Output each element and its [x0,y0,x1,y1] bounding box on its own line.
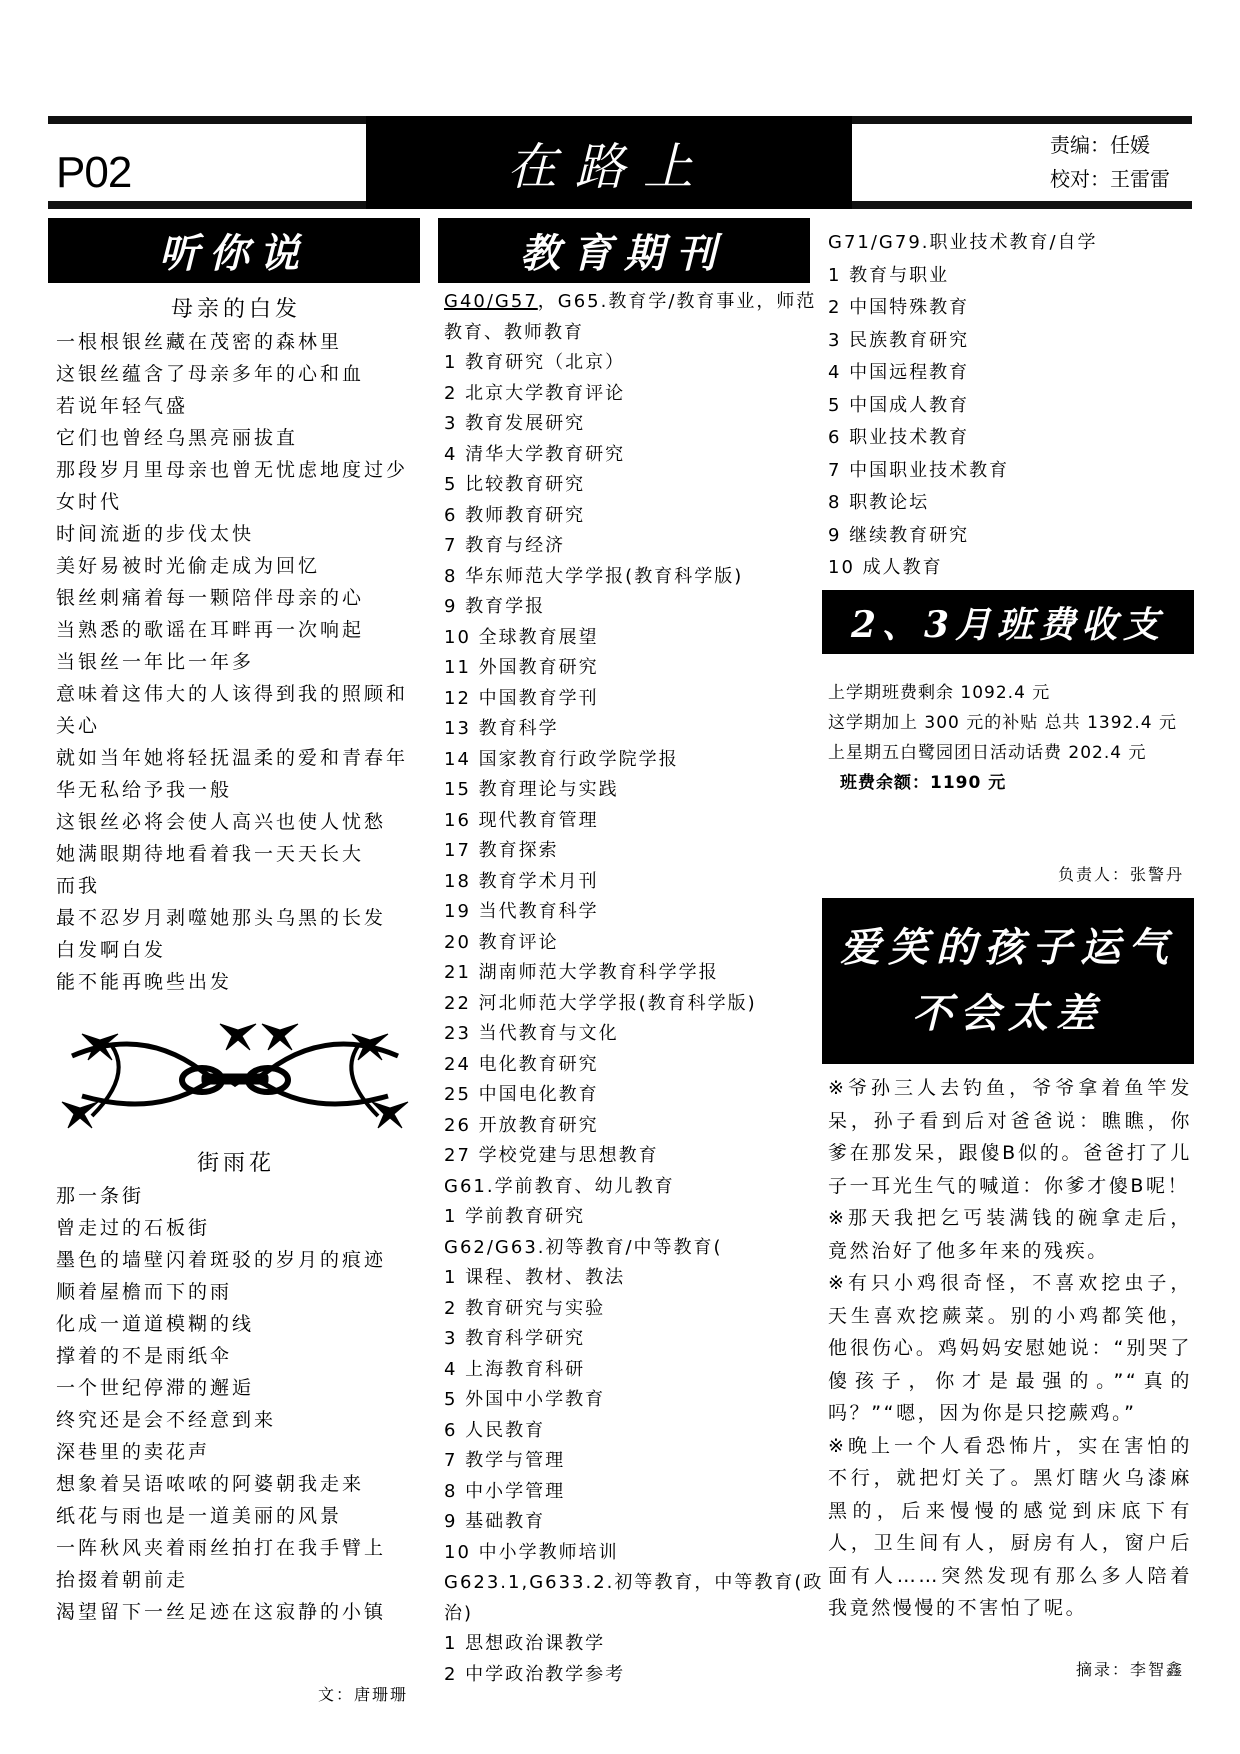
poem-line: 一个世纪停滞的邂逅 [56,1372,416,1404]
list-item: 10 成人教育 [828,552,1188,585]
list-item: 5 外国中小学教育 [444,1385,794,1416]
poem-line: 就如当年她将轻抚温柔的爱和青春年 [56,742,416,774]
joke-paragraph: ※有只小鸡很奇怪，不喜欢挖虫子，天生喜欢挖蕨菜。别的小鸡都笑他，他很伤心。鸡妈妈… [828,1267,1192,1430]
list-item: 19 当代教育科学 [444,897,794,928]
poem-line: 关心 [56,710,416,742]
list-item: 7 教学与管理 [444,1446,794,1477]
list-item: 11 外国教育研究 [444,653,794,684]
list-item: 12 中国教育学刊 [444,684,794,715]
list-item: 9 基础教育 [444,1507,794,1538]
jokes-credit: 摘录：李智鑫 [1076,1657,1184,1680]
poem-title: 母亲的白发 [56,294,416,326]
list-item: 4 中国远程教育 [828,357,1188,390]
list-item: 9 继续教育研究 [828,520,1188,553]
section-banner-jokes: 爱笑的孩子运气 不会太差 [822,898,1194,1064]
list-item: G61.学前教育、幼儿教育 [444,1172,794,1203]
poem-line: 华无私给予我一般 [56,774,416,806]
poem-line: 最不忍岁月剥噬她那头乌黑的长发 [56,902,416,934]
poem-line: 她满眼期待地看着我一天天长大 [56,838,416,870]
masthead-credits: 责编：任媛 校对：王雷雷 [1050,128,1170,196]
list-item: 14 国家教育行政学院学报 [444,745,794,776]
jokes-body: ※爷孙三人去钓鱼，爷爷拿着鱼竿发呆，孙子看到后对爸爸说：瞧瞧，你爹在那发呆，跟傻… [828,1072,1192,1625]
list-item: 3 教育科学研究 [444,1324,794,1355]
list-item: G623.1,G633.2.初等教育，中等教育(政 [444,1568,794,1599]
list-item: 23 当代教育与文化 [444,1019,794,1050]
poem-line: 曾走过的石板街 [56,1212,416,1244]
list-item: 3 教育发展研究 [444,409,794,440]
fee-line: 上星期五白鹭园团日活动话费 202.4 元 [828,738,1192,768]
list-item: 26 开放教育研究 [444,1111,794,1142]
list-item: 2 教育研究与实验 [444,1294,794,1325]
list-item: 7 教育与经济 [444,531,794,562]
list-item: 10 中小学教师培训 [444,1538,794,1569]
joke-paragraph: ※爷孙三人去钓鱼，爷爷拿着鱼竿发呆，孙子看到后对爸爸说：瞧瞧，你爹在那发呆，跟傻… [828,1072,1192,1202]
poem-line: 能不能再晚些出发 [56,966,416,998]
class-fees-report: 上学期班费剩余 1092.4 元 这学期加上 300 元的补贴 总共 1392.… [828,678,1192,798]
list-item: 6 职业技术教育 [828,422,1188,455]
newspaper-title: 在路上 [366,116,852,209]
poem-line: 它们也曾经乌黑亮丽拔直 [56,422,416,454]
vocational-journal-list: G71/G79.职业技术教育/自学1 教育与职业2 中国特殊教育3 民族教育研究… [828,227,1188,585]
list-item: 4 清华大学教育研究 [444,440,794,471]
poem-line: 女时代 [56,486,416,518]
list-item: 6 教师教育研究 [444,501,794,532]
list-item: G40/G57，G65.教育学/教育事业，师范 [444,287,794,318]
poem-line: 想象着吴语哝哝的阿婆朝我走来 [56,1468,416,1500]
list-item: 22 河北师范大学学报(教育科学版) [444,989,794,1020]
list-item: 1 教育研究（北京） [444,348,794,379]
poem-line: 纸花与雨也是一道美丽的风景 [56,1500,416,1532]
list-item: 4 上海教育科研 [444,1355,794,1386]
poem-line: 这银丝必将会使人高兴也使人忧愁 [56,806,416,838]
poem-line: 意味着这伟大的人该得到我的照顾和 [56,678,416,710]
poem-line: 一根根银丝藏在茂密的森林里 [56,326,416,358]
editor-credit: 责编：任媛 [1050,128,1170,162]
list-item: 1 教育与职业 [828,260,1188,293]
poem-line: 抬掇着朝前走 [56,1564,416,1596]
proofreader-credit: 校对：王雷雷 [1050,162,1170,196]
poem-mothers-white-hair: 母亲的白发 一根根银丝藏在茂密的森林里这银丝蕴含了母亲多年的心和血若说年轻气盛它… [56,294,416,998]
poem-line: 当银丝一年比一年多 [56,646,416,678]
floral-ornament-icon [52,1016,418,1134]
poem-line: 白发啊白发 [56,934,416,966]
poem-line: 顺着屋檐而下的雨 [56,1276,416,1308]
page-number: P02 [56,148,131,198]
list-item: G62/G63.初等教育/中等教育( [444,1233,794,1264]
fees-owner-credit: 负责人：张警丹 [1058,862,1184,885]
poem-title: 街雨花 [56,1148,416,1180]
poem-line: 一阵秋风夹着雨丝拍打在我手臂上 [56,1532,416,1564]
list-item: 7 中国职业技术教育 [828,455,1188,488]
list-item: 教育、教师教育 [444,318,794,349]
list-item: 9 教育学报 [444,592,794,623]
list-item: 20 教育评论 [444,928,794,959]
poem-author-credit: 文：唐珊珊 [318,1682,408,1705]
list-item: 24 电化教育研究 [444,1050,794,1081]
poem-line: 时间流逝的步伐太快 [56,518,416,550]
poem-line: 若说年轻气盛 [56,390,416,422]
section-banner-listen: 听你说 [48,218,420,283]
list-item: 6 人民教育 [444,1416,794,1447]
joke-paragraph: ※晚上一个人看恐怖片，实在害怕的不行，就把灯关了。黑灯瞎火乌漆麻黑的，后来慢慢的… [828,1430,1192,1625]
fee-balance: 班费余额：1190 元 [828,768,1192,798]
list-item: 1 学前教育研究 [444,1202,794,1233]
list-item: 2 中学政治教学参考 [444,1660,794,1691]
poem-line: 那一条街 [56,1180,416,1212]
list-item: 17 教育探索 [444,836,794,867]
poem-body: 一根根银丝藏在茂密的森林里这银丝蕴含了母亲多年的心和血若说年轻气盛它们也曾经乌黑… [56,326,416,998]
category-code: G40/G57 [444,291,538,312]
list-item: 18 教育学术月刊 [444,867,794,898]
list-item: 16 现代教育管理 [444,806,794,837]
poem-line: 而我 [56,870,416,902]
poem-line: 渴望留下一丝足迹在这寂静的小镇 [56,1596,416,1628]
list-item: G71/G79.职业技术教育/自学 [828,227,1188,260]
poem-line: 撑着的不是雨纸伞 [56,1340,416,1372]
section-banner-journals: 教育期刊 [438,218,810,283]
fee-line: 上学期班费剩余 1092.4 元 [828,678,1192,708]
list-item: 27 学校党建与思想教育 [444,1141,794,1172]
list-item: 8 华东师范大学学报(教育科学版) [444,562,794,593]
list-item: 10 全球教育展望 [444,623,794,654]
poem-line: 这银丝蕴含了母亲多年的心和血 [56,358,416,390]
list-item: 21 湖南师范大学教育科学学报 [444,958,794,989]
list-item: 15 教育理论与实践 [444,775,794,806]
section-banner-class-fees: 2、3月班费收支 [822,590,1194,654]
poem-street-rain-flowers: 街雨花 那一条街曾走过的石板街墨色的墙壁闪着斑驳的岁月的痕迹顺着屋檐而下的雨化成… [56,1148,416,1628]
poem-line: 墨色的墙壁闪着斑驳的岁月的痕迹 [56,1244,416,1276]
list-item: 5 比较教育研究 [444,470,794,501]
poem-line: 那段岁月里母亲也曾无忧虑地度过少 [56,454,416,486]
list-item: 1 思想政治课教学 [444,1629,794,1660]
journal-list: G40/G57，G65.教育学/教育事业，师范 教育、教师教育1 教育研究（北京… [444,287,794,1690]
poem-line: 终究还是会不经意到来 [56,1404,416,1436]
poem-line: 当熟悉的歌谣在耳畔再一次响起 [56,614,416,646]
joke-paragraph: ※那天我把乞丐装满钱的碗拿走后，竟然治好了他多年来的残疾。 [828,1202,1192,1267]
list-item: 25 中国电化教育 [444,1080,794,1111]
list-item: 5 中国成人教育 [828,390,1188,423]
poem-line: 深巷里的卖花声 [56,1436,416,1468]
list-item: 13 教育科学 [444,714,794,745]
list-item: 8 中小学管理 [444,1477,794,1508]
poem-line: 银丝刺痛着每一颗陪伴母亲的心 [56,582,416,614]
list-item: 1 课程、教材、教法 [444,1263,794,1294]
list-item: 3 民族教育研究 [828,325,1188,358]
poem-line: 美好易被时光偷走成为回忆 [56,550,416,582]
poem-body: 那一条街曾走过的石板街墨色的墙壁闪着斑驳的岁月的痕迹顺着屋檐而下的雨化成一道道模… [56,1180,416,1628]
fee-line: 这学期加上 300 元的补贴 总共 1392.4 元 [828,708,1192,738]
list-item: 治) [444,1599,794,1630]
poem-line: 化成一道道模糊的线 [56,1308,416,1340]
list-item: 8 职教论坛 [828,487,1188,520]
list-item: 2 中国特殊教育 [828,292,1188,325]
list-item: 2 北京大学教育评论 [444,379,794,410]
